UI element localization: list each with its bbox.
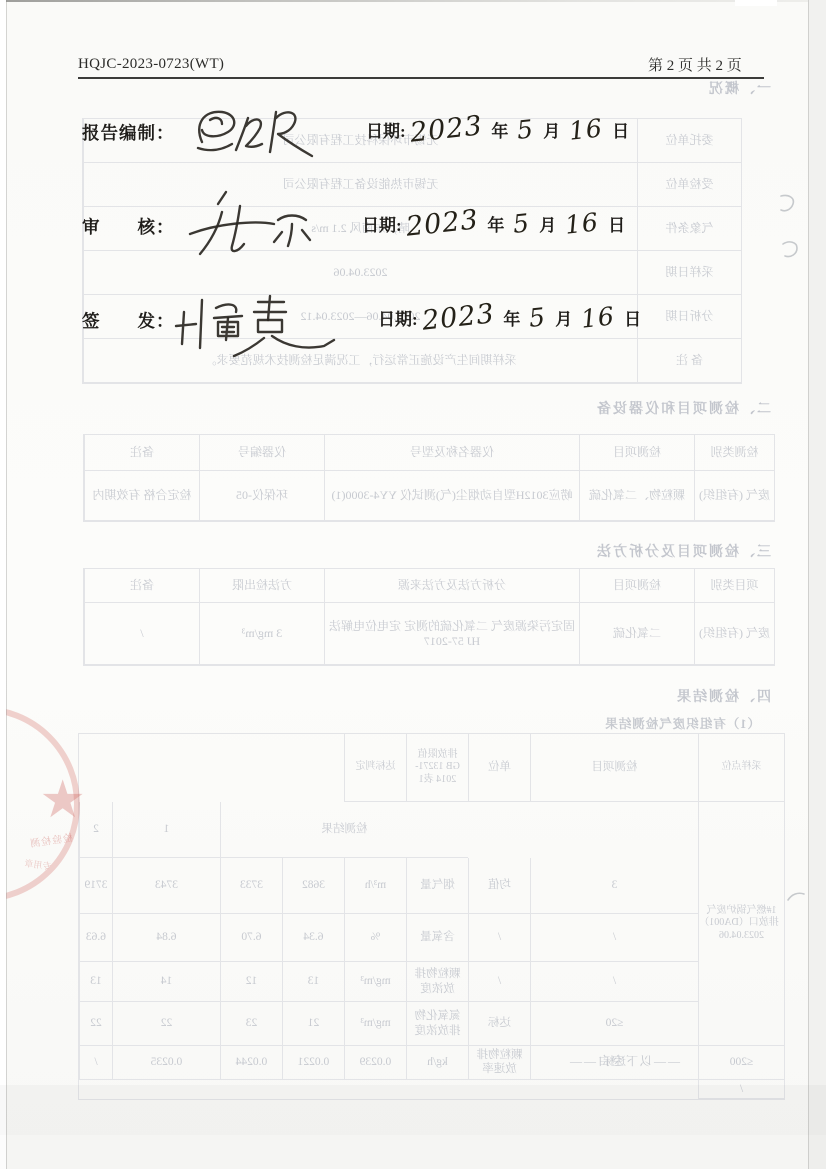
bleed-cell: 0.0235 — [112, 1046, 220, 1080]
bleed-table-methods: 项目类别 检测项目 分析方法及方法来源 方法检出限 备注 废气 (有组织) 二氧… — [83, 568, 775, 666]
bleed-cell: 3743 — [112, 858, 220, 914]
bleed-cell: 0.0221 — [282, 1046, 344, 1080]
pencil-mark — [784, 884, 808, 908]
scan-band — [0, 1135, 826, 1169]
bleed-cell: 废气 (有组织) — [694, 603, 774, 665]
scanned-report-page: 一、概况 委托单位 无锡市环保科技工程有限公司 受检单位 无锡市热能设备工程有限… — [0, 0, 826, 1169]
bleed-cell: / — [468, 914, 530, 962]
scan-band — [0, 1085, 826, 1135]
date-group: 日期: 2023 年 5 月 16 日 — [362, 208, 630, 239]
bleed-cell: 二氧化硫 — [579, 603, 694, 665]
bleed-cell: 0.0244 — [220, 1046, 282, 1080]
bleed-cell: 检测项目 — [579, 435, 694, 471]
scan-edge-notch — [735, 0, 777, 6]
bleed-cell: 排放限值 GB 13271-2014 表1 — [406, 734, 468, 802]
bleed-cell: 备注 — [84, 569, 199, 603]
year-suffix: 年 — [503, 305, 520, 330]
pencil-mark — [779, 236, 805, 262]
bleed-cell: 检定合格 有效期内 — [84, 471, 199, 521]
page-number-info: 第 2 页 共 2 页 — [648, 54, 742, 75]
bleed-cell: / — [468, 962, 530, 1002]
bleed-cell: 12 — [220, 962, 282, 1002]
bleed-cell: 崂应3012H型自动烟尘(气)测试仪 YY4-3000(1) — [324, 471, 579, 521]
year-suffix: 年 — [487, 211, 504, 236]
bleed-cell: 单位 — [468, 734, 530, 802]
bleed-cell: / — [530, 962, 698, 1002]
bleed-cell: 1#燃气锅炉废气排放口（DA001）2023.04.06 — [698, 802, 784, 1046]
date-group: 日期: 2023 年 5 月 16 日 — [366, 114, 634, 145]
bleed-cell: 22 — [112, 1002, 220, 1046]
handwritten-month: 5 — [516, 114, 536, 145]
bleed-cell: kg/h — [406, 1046, 468, 1080]
bleed-cell: 颗粒物排放速率 — [468, 1046, 530, 1080]
bleed-cell: ≤200 — [698, 1046, 784, 1080]
bleed-cell: 1 — [112, 802, 220, 858]
date-group: 日期: 2023 年 5 月 16 日 — [378, 302, 646, 333]
bleed-cell: m³/h — [344, 858, 406, 914]
month-suffix: 月 — [539, 211, 556, 236]
bleed-cell: 颗粒物、二氧化硫 — [579, 471, 694, 521]
bleed-cell: / — [84, 603, 199, 665]
bleed-cell: 3719 — [79, 858, 112, 914]
signature-scribble — [188, 104, 320, 164]
bleed-cell: 检测结果 — [220, 802, 468, 858]
pencil-mark — [775, 192, 801, 218]
header-rule — [78, 77, 764, 79]
bleed-cell: % — [344, 914, 406, 962]
bleed-cell: / — [79, 1046, 112, 1080]
day-suffix: 日 — [612, 117, 629, 142]
bleed-cell: 6.63 — [79, 914, 112, 962]
bleed-cell: 颗粒物排放浓度 — [406, 962, 468, 1002]
bleed-cell: 环保仪-05 — [199, 471, 324, 521]
bleed-cell: 备注 — [84, 435, 199, 471]
red-seal-text: 专用章 — [7, 854, 68, 874]
signoff-label: 审 核： — [82, 214, 175, 239]
bleed-cell: 烟气量 — [406, 858, 468, 914]
bleed-end-note: ——以下空白—— — [568, 1052, 680, 1069]
red-seal-circle — [0, 706, 80, 902]
bleed-cell: 3 mg/m³ — [199, 603, 324, 665]
bleed-cell: 22 — [79, 1002, 112, 1046]
handwritten-year: 2023 — [408, 110, 484, 148]
report-number: HQJC-2023-0723(WT) — [78, 56, 224, 73]
bleed-heading-4: 四、检测结果 — [675, 686, 771, 706]
handwritten-year: 2023 — [404, 204, 480, 242]
scan-edge-top — [0, 0, 826, 2]
bleed-cell: 检测项目 — [579, 569, 694, 603]
date-label: 日期: — [362, 211, 402, 236]
bleed-cell: 13 — [282, 962, 344, 1002]
bleed-cell: 项目类别 — [694, 569, 774, 603]
signoff-row-prepared-by: 报告编制： 日期: 2023 年 5 月 16 日 — [0, 104, 826, 184]
bleed-cell: / — [530, 914, 698, 962]
bleed-cell: 达标 — [530, 1046, 698, 1080]
signoff-label: 报告编制： — [82, 120, 175, 145]
bleed-cell: 仪器名称及型号 — [324, 435, 579, 471]
handwritten-day: 16 — [568, 113, 605, 145]
bleed-cell: 废气 (有组织) — [694, 471, 774, 521]
bleed-cell: 含氧量 — [406, 914, 468, 962]
year-suffix: 年 — [491, 117, 508, 142]
month-suffix: 月 — [555, 305, 572, 330]
bleed-cell: 13 — [79, 962, 112, 1002]
bleed-heading-1: 一、概况 — [707, 78, 771, 98]
bleed-cell: 采样点位 — [698, 734, 784, 802]
bleed-cell: 3 — [530, 858, 698, 914]
bleed-cell: 固定污染源废气 二氧化硫的测定 定电位电解法 HJ 57-2017 — [324, 603, 579, 665]
bleed-cell: 6.84 — [112, 914, 220, 962]
bleed-heading-3: 三、检测项目及分析方法 — [595, 541, 771, 561]
date-label: 日期: — [366, 117, 406, 142]
red-seal-text: 检验检测 — [15, 827, 86, 852]
bleed-cell: 达标 — [468, 1002, 530, 1046]
bleed-cell: 达标判定 — [344, 734, 406, 802]
bleed-cell: 6.34 — [282, 914, 344, 962]
day-suffix: 日 — [624, 305, 641, 330]
handwritten-year: 2023 — [420, 298, 496, 336]
red-seal-star-icon: ★ — [39, 770, 86, 830]
handwritten-month: 5 — [528, 302, 548, 333]
handwritten-day: 16 — [564, 207, 601, 239]
bleed-cell: 仪器编号 — [199, 435, 324, 471]
handwritten-month: 5 — [512, 208, 532, 239]
bleed-cell: 均值 — [468, 858, 530, 914]
bleed-subheading: （1）有组织废气检测结果 — [604, 714, 760, 732]
bleed-cell: 23 — [220, 1002, 282, 1046]
bleed-cell: 0.0239 — [344, 1046, 406, 1080]
bleed-cell: 检测项目 — [530, 734, 698, 802]
bleed-cell: 分析方法及方法来源 — [324, 569, 579, 603]
bleed-cell: 3682 — [282, 858, 344, 914]
bleed-cell: ≤20 — [530, 1002, 698, 1046]
handwritten-day: 16 — [580, 301, 617, 333]
bleed-cell: 3733 — [220, 858, 282, 914]
bleed-heading-2: 二、检测项目和仪器设备 — [595, 398, 771, 418]
bleed-table-instruments: 检测类别 检测项目 仪器名称及型号 仪器编号 备注 废气 (有组织) 颗粒物、二… — [83, 434, 775, 522]
signoff-row-issued-by: 签 发： 日期: 2023 年 5 月 16 日 — [0, 288, 826, 368]
bleed-table-results: 采样点位 检测项目 单位 检测结果 排放限值 GB 13271-2014 表1 … — [78, 733, 785, 1100]
bleed-cell: 检测类别 — [694, 435, 774, 471]
signature-scribble — [182, 188, 322, 260]
bleed-cell: 2 — [79, 802, 112, 858]
bleed-cell: mg/m³ — [344, 1002, 406, 1046]
date-label: 日期: — [378, 305, 418, 330]
bleed-cell: 14 — [112, 962, 220, 1002]
bleed-cell: 6.70 — [220, 914, 282, 962]
bleed-cell: 21 — [282, 1002, 344, 1046]
day-suffix: 日 — [608, 211, 625, 236]
month-suffix: 月 — [543, 117, 560, 142]
bleed-cell: mg/m³ — [344, 962, 406, 1002]
signoff-row-reviewed-by: 审 核： 日期: 2023 年 5 月 16 日 — [0, 196, 826, 276]
bleed-cell: 方法检出限 — [199, 569, 324, 603]
signoff-label: 签 发： — [82, 308, 175, 333]
bleed-cell: 氮氧化物排放浓度 — [406, 1002, 468, 1046]
signature-scribble — [172, 290, 344, 364]
